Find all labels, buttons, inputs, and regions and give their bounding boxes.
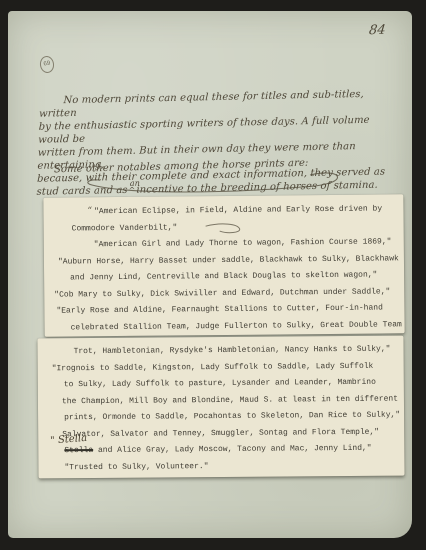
typed-line-with-correction: " StellaStella and Alice Gray, Lady Mosc… (54, 441, 404, 460)
handwritten-paragraph: No modern prints can equal these for tit… (36, 87, 395, 199)
typed-line: “"American Eclipse, in Field, Aldine and… (77, 200, 403, 221)
typed-slip-2: Trot, Hambletonian, Rysdyke's Hambletoni… (37, 336, 404, 479)
album-page: 84 69 No modern prints can equal these f… (8, 11, 412, 538)
circled-corner-mark: 69 (39, 55, 55, 74)
typed-slip-1: “"American Eclipse, in Field, Aldine and… (43, 194, 404, 336)
page-number: 84 (369, 23, 387, 39)
typed-line-text: and Alice Gray, Lady Moscow, Tacony and … (93, 444, 372, 455)
insertion-mark: ^an (127, 185, 136, 196)
scanned-manuscript-page: { "page_number": "84", "corner_mark": "6… (0, 0, 426, 550)
handwritten-quote-mark: “ (87, 206, 92, 216)
handwritten-line-end: incentive to the breeding of horses of s… (136, 180, 378, 196)
inserted-word: an (130, 177, 141, 190)
typed-line: to Sulky, Lady Suffolk to pasture, Lysan… (54, 375, 404, 394)
typed-line: Trot, Hambletonian, Rysdyke's Hambletoni… (64, 342, 404, 361)
handwritten-line-start: stud cards and as (36, 185, 127, 198)
handwritten-correction: " Stella (50, 431, 88, 450)
typed-line: celebrated Stallion Team, Judge Fullerto… (61, 317, 405, 337)
typed-line: prints, Ormonde to Saddle, Pocahontas to… (54, 408, 404, 427)
typed-line: "Trusted to Sulky, Volunteer." (54, 457, 404, 476)
typed-line-text: "American Eclipse, in Field, Aldine and … (94, 204, 382, 216)
